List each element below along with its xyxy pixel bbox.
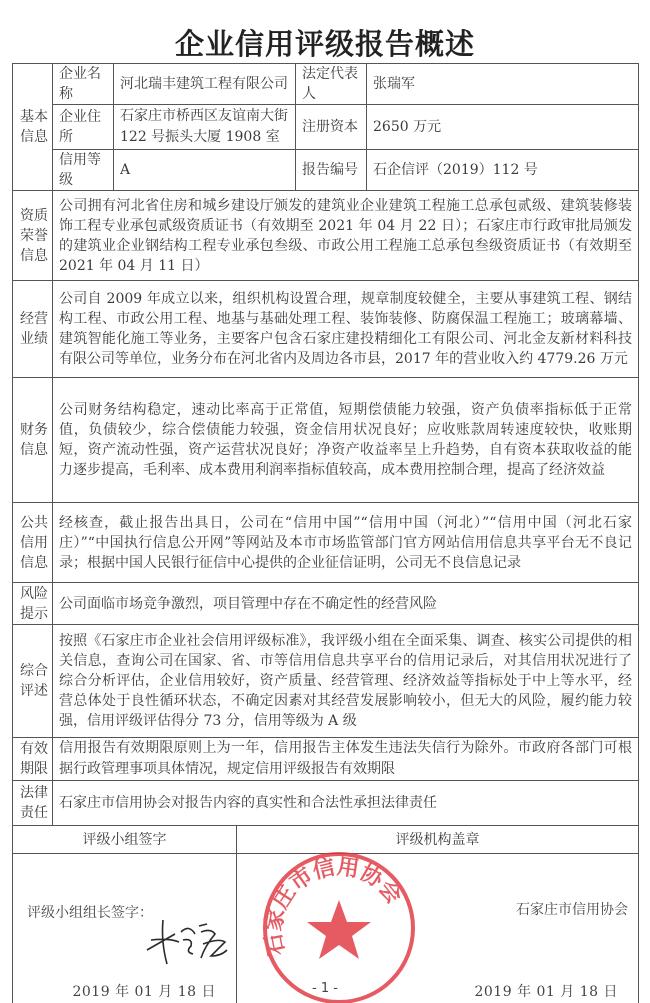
section-risk-warning: 风险提示 公司面临市场竞争激烈，项目管理中存在不确定性的经营风险 xyxy=(13,583,639,625)
section-text: 信用报告有效期限原则上为一年，信用报告主体发生违法失信行为除外。市政府各部门可根… xyxy=(53,738,639,781)
rating-agency-name: 石家庄市信用协会 xyxy=(516,900,628,920)
page-number: - 1 - xyxy=(0,981,650,996)
credit-rating-value: A xyxy=(114,150,296,191)
section-label: 财务信息 xyxy=(13,378,53,503)
section-text: 经核查，截止报告出具日，公司在“信用中国”“信用中国（河北）”“信用中国（河北石… xyxy=(53,503,639,583)
section-label: 综合评述 xyxy=(13,625,53,738)
report-number-value: 石企信评（2019）112 号 xyxy=(367,150,639,191)
address-value: 石家庄市桥西区友谊南大街 122 号振头大厦 1908 室 xyxy=(114,105,296,150)
field-label: 企业住所 xyxy=(53,105,114,150)
field-label: 法定代表人 xyxy=(296,64,367,105)
field-label: 注册资本 xyxy=(296,105,367,150)
basic-info-row-3: 信用等级 A 报告编号 石企信评（2019）112 号 xyxy=(13,150,639,191)
basic-info-row-1: 基本信息 企业名称 河北瑞丰建筑工程有限公司 法定代表人 张瑞军 xyxy=(13,64,639,105)
field-label: 报告编号 xyxy=(296,150,367,191)
field-label: 信用等级 xyxy=(53,150,114,191)
handwritten-signature xyxy=(141,912,231,972)
section-text: 石家庄市信用协会对报告内容的真实性和合法性承担法律责任 xyxy=(53,781,639,826)
section-text: 公司面临市场竞争激烈，项目管理中存在不确定性的经营风险 xyxy=(53,583,639,625)
section-text: 公司自 2009 年成立以来，组织机构设置合理，规章制度较健全，主要从事建筑工程… xyxy=(53,281,639,378)
team-leader-signature-label: 评级小组组长签字： xyxy=(27,903,153,923)
section-label: 公共信用信息 xyxy=(13,503,53,583)
legal-rep-value: 张瑞军 xyxy=(367,64,639,105)
section-text: 公司财务结构稳定，速动比率高于正常值，短期偿债能力较强，资产负债率指标低于正常值… xyxy=(53,378,639,503)
section-label-basic-info: 基本信息 xyxy=(13,64,53,191)
section-public-credit: 公共信用信息 经核查，截止报告出具日，公司在“信用中国”“信用中国（河北）”“信… xyxy=(13,503,639,583)
section-label: 有效期限 xyxy=(13,738,53,781)
section-summary: 综合评述 按照《石家庄市企业社会信用评级标准》，我评级小组在全面采集、调查、核实… xyxy=(13,625,639,738)
rating-team-signature-header: 评级小组签字 xyxy=(13,826,237,854)
report-table: 基本信息 企业名称 河北瑞丰建筑工程有限公司 法定代表人 张瑞军 企业住所 石家… xyxy=(12,63,639,1003)
section-financial-info: 财务信息 公司财务结构稳定，速动比率高于正常值，短期偿债能力较强，资产负债率指标… xyxy=(13,378,639,503)
basic-info-row-2: 企业住所 石家庄市桥西区友谊南大街 122 号振头大厦 1908 室 注册资本 … xyxy=(13,105,639,150)
section-business-performance: 经营业绩 公司自 2009 年成立以来，组织机构设置合理，规章制度较健全，主要从… xyxy=(13,281,639,378)
section-text: 公司拥有河北省住房和城乡建设厅颁发的建筑业企业建筑工程施工总承包贰级、建筑装修装… xyxy=(53,191,639,281)
section-label: 风险提示 xyxy=(13,583,53,625)
section-qualifications: 资质荣誉信息 公司拥有河北省住房和城乡建设厅颁发的建筑业企业建筑工程施工总承包贰… xyxy=(13,191,639,281)
section-label: 资质荣誉信息 xyxy=(13,191,53,281)
page-title: 企业信用评级报告概述 xyxy=(0,22,650,63)
section-text: 按照《石家庄市企业社会信用评级标准》，我评级小组在全面采集、调查、核实公司提供的… xyxy=(53,625,639,738)
section-label: 经营业绩 xyxy=(13,281,53,378)
registered-capital-value: 2650 万元 xyxy=(367,105,639,150)
section-legal: 法律责任 石家庄市信用协会对报告内容的真实性和合法性承担法律责任 xyxy=(13,781,639,826)
field-label: 企业名称 xyxy=(53,64,114,105)
company-name-value: 河北瑞丰建筑工程有限公司 xyxy=(114,64,296,105)
official-seal-icon: 石家庄市信用协会 xyxy=(259,848,419,1003)
section-label: 法律责任 xyxy=(13,781,53,826)
section-validity: 有效期限 信用报告有效期限原则上为一年，信用报告主体发生违法失信行为除外。市政府… xyxy=(13,738,639,781)
